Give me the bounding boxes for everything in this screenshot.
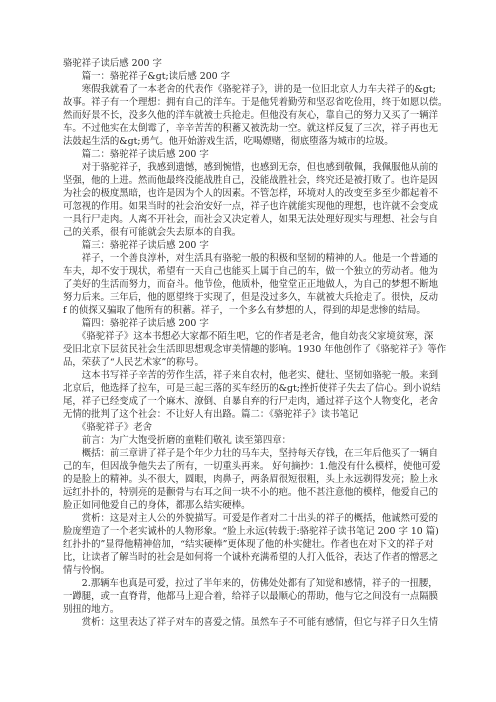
text-line: 无情的批判了这个社会：不让好人有出路。篇二：《骆驼祥子》读书笔记 bbox=[63, 408, 438, 421]
text-line: 2.那辆车也真是可爱，拉过了半年来的，仿佛处处都有了知觉和感情，祥子的一扭腰， bbox=[63, 577, 438, 590]
text-line: 车。不过他实在太倒霉了，辛辛苦苦的积蓄又被洗劫一空。就这样反复了三次，祥子再也无 bbox=[63, 122, 438, 135]
text-line: 赏析：这是对主人公的外貌描写。可爱是作者对二十出头的祥子的概括，他诚然可爱的 bbox=[63, 512, 438, 525]
text-line: 红扑扑的”显得他精神倍加，“结实硬棒”更体现了他的朴实健壮。作者也在对下文的祥子… bbox=[63, 538, 438, 551]
text-line: 法鼓起生活的&gt;勇气。他开始游戏生活，吃喝嫖赌，彻底堕落为城市的垃圾。 bbox=[63, 135, 438, 148]
text-line: 一具行尸走肉。人离不开社会，而社会又决定着人，如果无法处理好现实与理想、社会与自 bbox=[63, 213, 438, 226]
text-line: 的是脸上的精神。头不很大，圆眼，肉鼻子，两条眉很短很粗，头上永远剃得发亮；脸上永 bbox=[63, 473, 438, 486]
text-line: 别扭的地方。 bbox=[63, 603, 438, 616]
text-line: 赏析：这里表达了祥子对车的喜爱之情。虽然车子不可能有感情，但它与祥子日久生情 bbox=[63, 616, 438, 629]
document-title-line: 骆驼祥子读后感 200 字 bbox=[63, 57, 438, 70]
text-line: 篇三：骆驼祥子读后感 200 字 bbox=[63, 239, 438, 252]
text-line: 寒假我就看了一本老舍的代表作《骆驼祥子》，讲的是一位旧北京人力车夫祥子的&gt; bbox=[63, 83, 438, 96]
document-text-body: 骆驼祥子读后感 200 字 篇一：骆驼祥子&gt;读后感 200 字 寒假我就看… bbox=[63, 57, 438, 629]
text-line: 祥子，一个善良淳朴，对生活具有骆驼一般的积极和坚韧的精神的人。他是一个普通的 bbox=[63, 252, 438, 265]
text-line: 对于骆驼祥子，我感到遗憾，感到惋惜，也感到无奈，但也感到敬佩，我佩服他从前的 bbox=[63, 161, 438, 174]
text-line: 《骆驼祥子》老舍 bbox=[63, 421, 438, 434]
text-line: 这本书写祥子辛苦的劳作生活，祥子来自农村，他老实、健壮、坚韧如骆驼一般。来到 bbox=[63, 369, 438, 382]
document-page: 骆驼祥子读后感 200 字 篇一：骆驼祥子&gt;读后感 200 字 寒假我就看… bbox=[0, 0, 496, 702]
text-line: 《骆驼祥子》这本书想必大家都不陌生吧，它的作者是老舍，他自幼丧父家境贫寒，深 bbox=[63, 330, 438, 343]
text-line: 坚强，他的上进。然而他最终没能战胜自己，没能战胜社会，终究还是被打败了。也许是因 bbox=[63, 174, 438, 187]
text-line: 车夫，却不安于现状，希望有一天自己也能买上属于自己的车，做一个独立的劳动者。他为 bbox=[63, 265, 438, 278]
text-line: f 的侦探又骗取了他所有的积蓄。祥子，一个多么有梦想的人，得到的却是悲惨的结局。 bbox=[63, 304, 438, 317]
text-line: 为社会的极度黑暗，也许是因为个人的因素。不管怎样，环境对人的改变至多至少都起着不 bbox=[63, 187, 438, 200]
text-line: 北京后，他选择了拉车，可是三起三落的买车经历的&gt;挫折使祥子失去了信心。到小… bbox=[63, 382, 438, 395]
text-line: 篇二：骆驼祥子读后感 200 字 bbox=[63, 148, 438, 161]
text-line: 然而好景不长，没多久他的洋车就被士兵抢走。但他没有灰心，靠自己的努力又买了一辆洋 bbox=[63, 109, 438, 122]
text-line: 脸正如同他爱自己的身体，都那么结实硬棒。 bbox=[63, 499, 438, 512]
text-line: 己的关系，很有可能就会失去原本的自我。 bbox=[63, 226, 438, 239]
text-line: 前言：为广大饱受折磨的童鞋们敬礼 读至第四章： bbox=[63, 434, 438, 447]
text-line: 己的车，但因战争他失去了所有，一切重头再来。 好句摘抄：1.他没有什么模样，使他… bbox=[63, 460, 438, 473]
text-line: 比，让读者了解当时的社会是如何将一个诚朴充满希望的人打入低谷，表达了作者的憎恶之 bbox=[63, 551, 438, 564]
text-line: 脸庞塑造了一个老实诚朴的人物形象。“脸上永远(转载于:骆驼祥子读书笔记 200 … bbox=[63, 525, 438, 538]
text-line: 可忽视的作用。如果当时的社会治安好一点，祥子也许就能实现他的理想，也许就不会变成 bbox=[63, 200, 438, 213]
text-line: 概括：前三章讲了祥子是个年少力壮的马车夫，坚持每天存钱，在三年后他买了一辆自 bbox=[63, 447, 438, 460]
text-line: 远红扑扑的，特别亮的是颧骨与右耳之间一块不小的疤。他不甚注意他的模样，他爱自己的 bbox=[63, 486, 438, 499]
text-line: 努力后来。三年后，他的愿望终于实现了，但是没过多久，车就被大兵抢走了。很快，反动 bbox=[63, 291, 438, 304]
text-line: 情与怜悯。 bbox=[63, 564, 438, 577]
text-line: 故事。祥子有一个理想：拥有自己的洋车。于是他凭着勤劳和坚忍省吃俭用，终于如愿以偿… bbox=[63, 96, 438, 109]
text-line: 品，荣获了“人民艺术家”的称号。 bbox=[63, 356, 438, 369]
text-line: 篇一：骆驼祥子&gt;读后感 200 字 bbox=[63, 70, 438, 83]
text-line: 尾，祥子已经变成了一个麻木、潦倒、自暴自弃的行尸走肉，通过祥子这个人物变化，老舍 bbox=[63, 395, 438, 408]
text-line: 受旧北京下层贫民社会生活即思想观念审美情趣的影响。1930 年他创作了《骆驼祥子… bbox=[63, 343, 438, 356]
text-line: 一蹲腿，或一直脊背，他都马上迎合着，给祥子以最顺心的帮助，他与它之间没有一点隔膜 bbox=[63, 590, 438, 603]
text-line: 篇四：骆驼祥子读后感 200 字 bbox=[63, 317, 438, 330]
text-line: 了美好的生活而努力，而奋斗。他节俭，他质朴，他堂堂正正地做人，为自己的梦想不断地 bbox=[63, 278, 438, 291]
